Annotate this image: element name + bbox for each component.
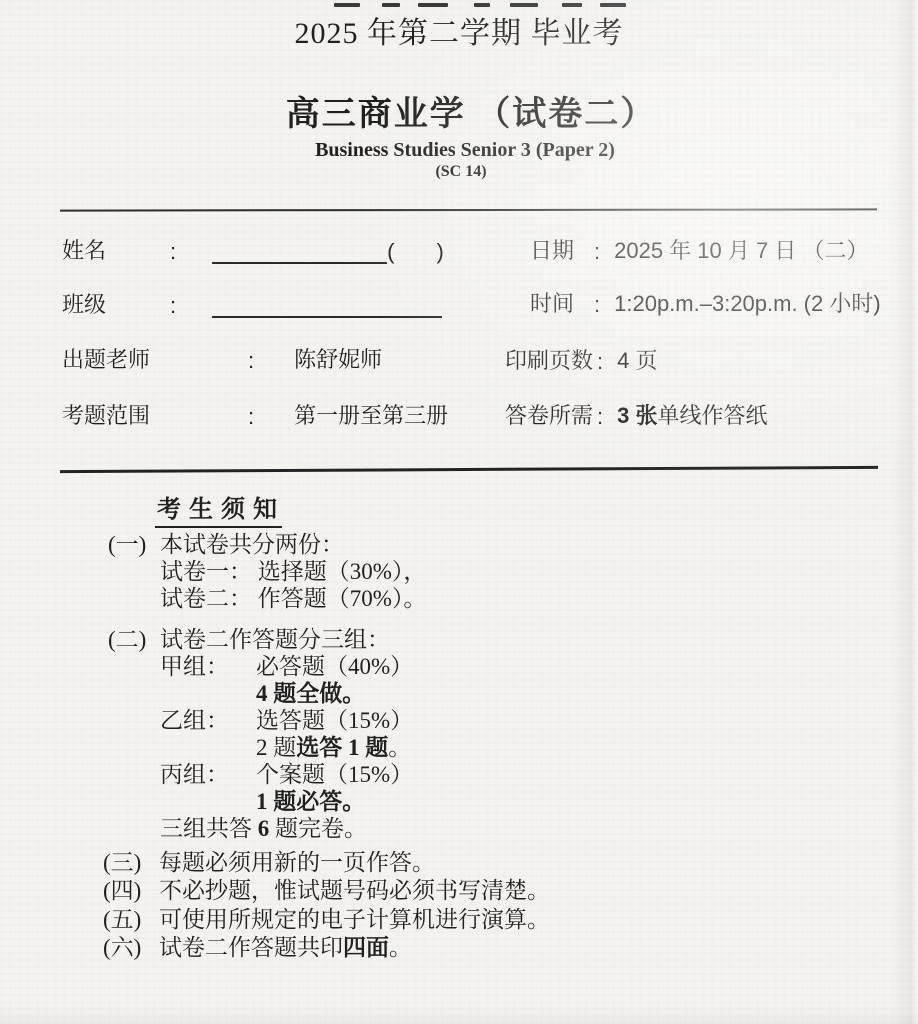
teacher-colon: : [248,348,254,374]
scope-row: 考题范围 : 第一册至第三册 [62,399,448,430]
scope-colon: : [248,404,254,430]
item-2-closing-pre: 三组共答 [160,816,258,841]
item-2-closing-bold: 6 [258,816,270,841]
name-blank-line [212,238,387,264]
item-1-line-1: 本试卷共分两份： [160,531,426,558]
date-row: 日期 : 2025 年 10 月 7 日 （二） [530,234,868,265]
scope-label: 考题范围 [62,399,248,430]
name-paren-close: ) [436,239,443,265]
time-colon: : [594,292,600,318]
group-c-note-bold: 1 题必答。 [256,789,365,814]
group-b-note-bold: 选答 1 题 [296,735,388,760]
item-6-text: 试卷二作答题共印四面。 [159,934,412,962]
item-6-bold: 四面 [343,935,389,960]
name-paren-open: ( [387,239,394,265]
pages-value: 4 页 [617,344,657,375]
name-row: 姓名 : ( ) [62,234,444,265]
notice-item-6: (六) 试卷二作答题共印四面。 [103,934,550,962]
group-b-row: 乙组： 选答题（15%） [160,707,413,734]
sheets-count: 3 张 [617,403,657,428]
group-b-note: 2 题选答 1 题。 [160,734,413,761]
group-a-note-bold: 4 题全做。 [256,681,365,706]
group-a-row: 甲组： 必答题（40%） [160,653,413,680]
notice-item-2: (二) 试卷二作答题分三组： 甲组： 必答题（40%） 4 题全做。 乙组： 选… [108,626,413,842]
item-6-number: (六) [103,934,159,962]
exam-code: (SC 14) [2,163,918,181]
exam-cover-page: 2025 年第二学期 毕业考 高三商业学 （试卷二） Business Stud… [0,0,918,1024]
group-a-desc: 必答题（40%） [256,653,413,680]
time-label: 时间 [530,287,594,318]
item-6-post: 。 [389,935,412,960]
group-a-label: 甲组： [160,653,256,680]
group-b-desc: 选答题（15%） [256,707,413,734]
name-label: 姓名 [62,234,170,265]
top-divider-rule [60,208,877,211]
item-4-number: (四) [103,877,159,905]
group-a-note: 4 题全做。 [160,680,413,707]
exam-subject-title: 高三商业学 （试卷二） [12,86,918,135]
time-row: 时间 : 1:20p.m.–3:20p.m. (2 小时) [530,287,881,318]
group-b-note-post: 。 [388,735,411,760]
notice-item-5: (五) 可使用所规定的电子计算机进行演算。 [103,906,550,934]
date-colon: : [594,239,600,265]
item-5-number: (五) [103,906,159,934]
date-value: 2025 年 10 月 7 日 （二） [614,234,868,265]
exam-semester-title: 2025 年第二学期 毕业考 [0,8,918,52]
pages-row: 印刷页数 : 4 页 [505,344,657,375]
teacher-label: 出题老师 [62,343,248,374]
teacher-value: 陈舒妮师 [294,343,382,374]
item-3-text: 每题必须用新的一页作答。 [159,849,435,877]
class-row: 班级 : [62,288,442,319]
item-2-number: (二) [108,626,160,842]
class-blank-line [212,292,442,318]
group-b-label: 乙组： [160,707,256,734]
middle-divider-rule [60,466,878,473]
item-4-text: 不必抄题，惟试题号码必须书写清楚。 [159,877,550,905]
notice-item-1: (一) 本试卷共分两份： 试卷一： 选择题（30%）， 试卷二： 作答题（70%… [108,531,426,612]
notice-item-3: (三) 每题必须用新的一页作答。 [103,849,550,877]
pages-label: 印刷页数 [505,344,597,375]
scope-value: 第一册至第三册 [294,399,448,430]
group-c-desc: 个案题（15%） [256,761,413,788]
group-c-label: 丙组： [160,761,256,788]
item-2-closing-post: 题完卷。 [269,816,367,841]
item-1-number: (一) [108,531,160,612]
sheets-rest: 单线作答纸 [657,403,767,428]
group-c-row: 丙组： 个案题（15%） [160,761,413,788]
item-1-line-3: 试卷二： 作答题（70%）。 [160,585,426,612]
item-5-text: 可使用所规定的电子计算机进行演算。 [159,906,550,934]
item-2-intro: 试卷二作答题分三组： [160,626,413,653]
teacher-row: 出题老师 : 陈舒妮师 [62,343,382,374]
scan-edge-shadow-bottom [0,1006,918,1024]
group-c-note: 1 题必答。 [160,788,413,815]
pages-colon: : [597,349,603,375]
exam-subtitle-english: Business Studies Senior 3 (Paper 2) [6,139,918,162]
notice-heading: 考 生 须 知 [155,489,282,528]
sheets-value: 3 张单线作答纸 [617,399,767,430]
item-6-pre: 试卷二作答题共印 [159,935,343,960]
class-label: 班级 [62,288,170,319]
sheets-row: 答卷所需 : 3 张单线作答纸 [505,399,768,430]
date-label: 日期 [530,234,594,265]
item-1-line-2: 试卷一： 选择题（30%）， [160,558,426,585]
time-value: 1:20p.m.–3:20p.m. (2 小时) [614,287,881,318]
sheets-colon: : [597,404,603,430]
group-b-note-pre: 2 题 [256,735,296,760]
item-3-number: (三) [103,849,159,877]
sheets-label: 答卷所需 [505,399,597,430]
notice-items-3-6: (三) 每题必须用新的一页作答。 (四) 不必抄题，惟试题号码必须书写清楚。 (… [103,849,550,962]
notice-item-4: (四) 不必抄题，惟试题号码必须书写清楚。 [103,877,550,905]
class-colon: : [170,293,176,319]
name-colon: : [170,239,176,265]
item-2-closing: 三组共答 6 题完卷。 [160,815,413,842]
